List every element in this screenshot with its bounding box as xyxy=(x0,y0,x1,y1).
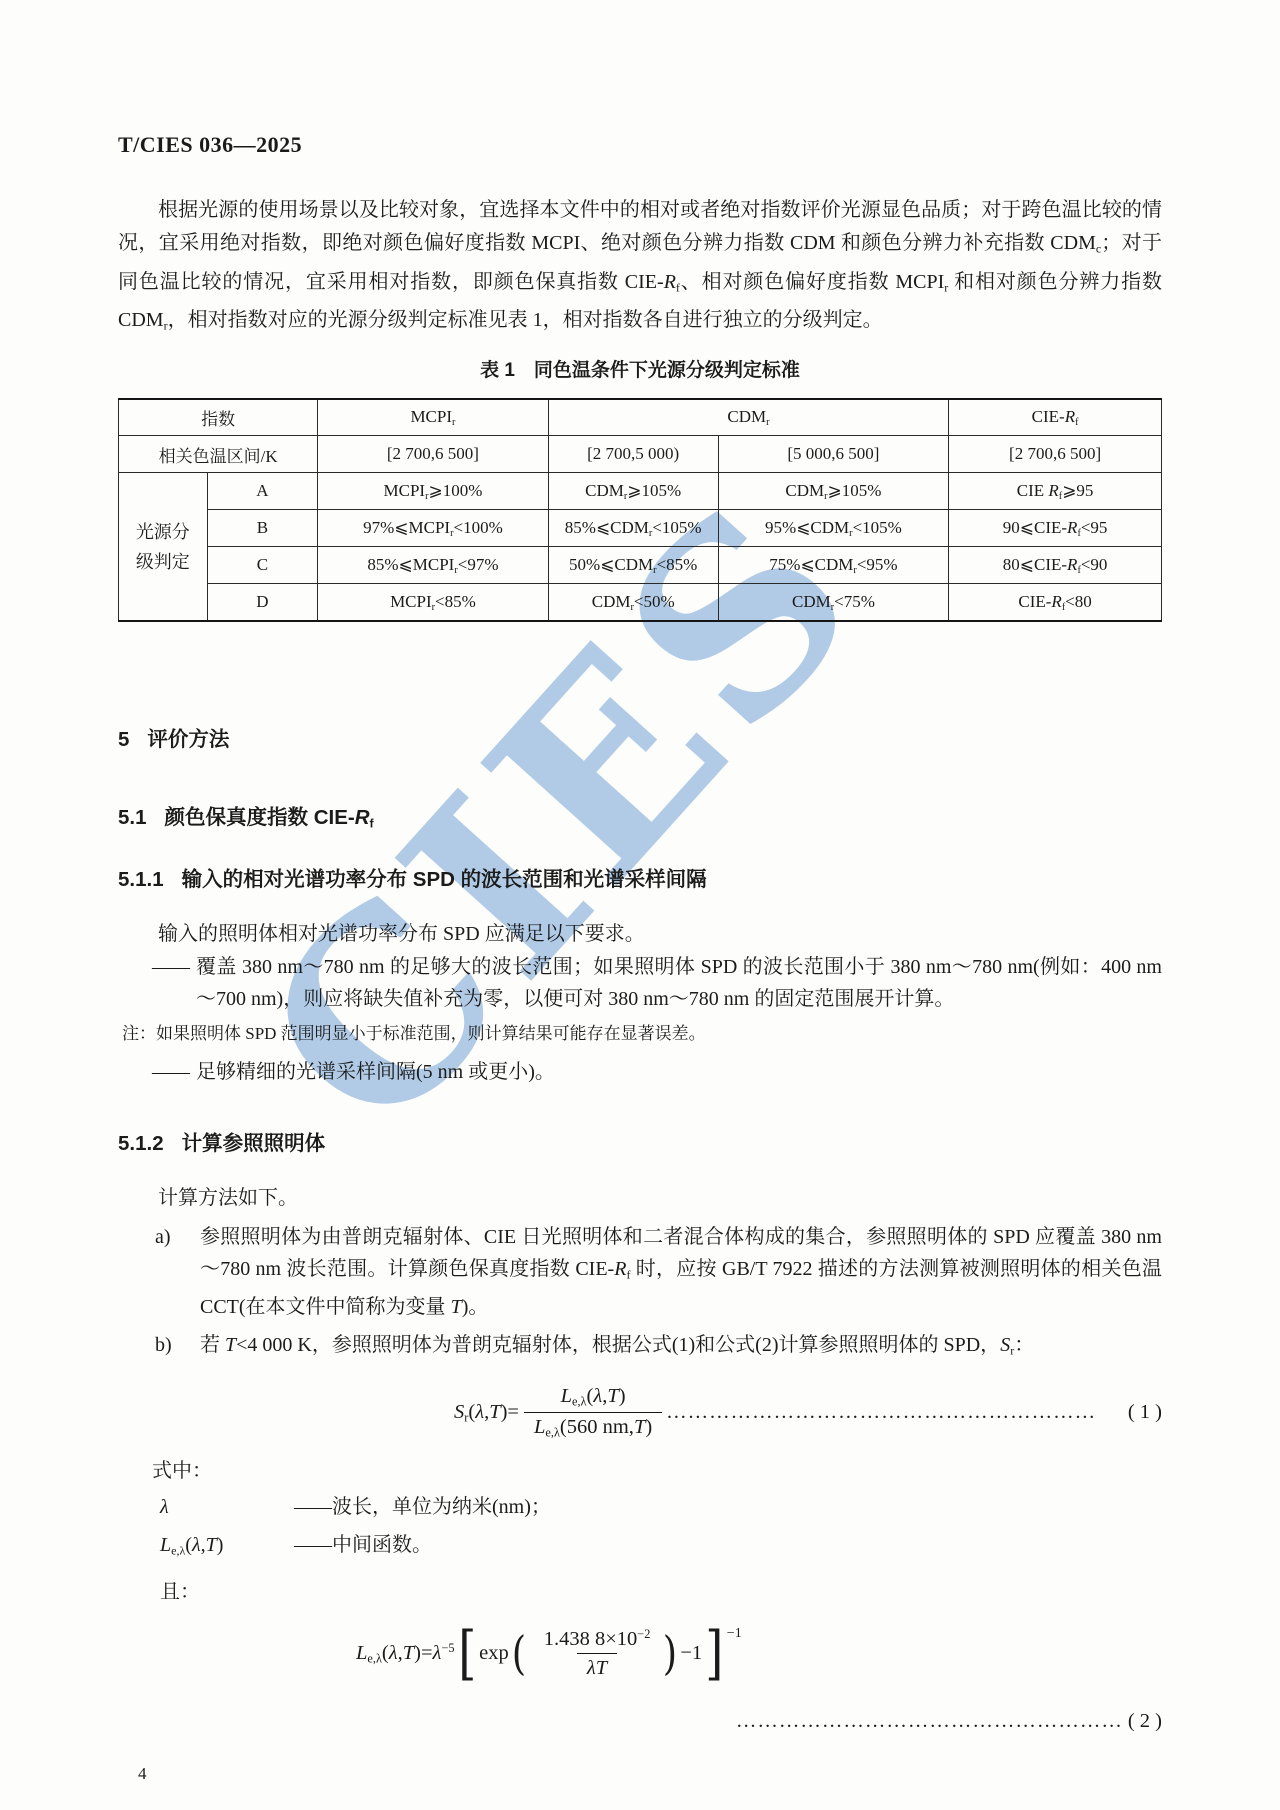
formula-2-number-line: …………………………………………………… ( 2 ) xyxy=(118,1710,1162,1733)
fraction: Le,λ(λ,T) Le,λ(560 nm,T) xyxy=(524,1385,662,1441)
standard-number-header: T/CIES 036—2025 xyxy=(118,132,1162,158)
list-item-b: b) 若 T<4 000 K，参照照明体为普朗克辐射体，根据公式(1)和公式(2… xyxy=(118,1329,1162,1367)
and-label: 且： xyxy=(118,1576,1162,1609)
section-number: 5.1.2 xyxy=(118,1132,164,1155)
page-number: 4 xyxy=(138,1764,147,1784)
cct-value: [2 700,6 500] xyxy=(318,436,549,473)
fraction-denominator: λT xyxy=(577,1653,617,1680)
minus-one-term: −1 xyxy=(680,1642,702,1665)
header-mcpi: MCPIr xyxy=(318,399,549,436)
grade-letter: C xyxy=(207,547,318,584)
section-number: 5.1.1 xyxy=(118,868,164,891)
header-index: 指数 xyxy=(119,399,318,436)
dash-bullet: —— xyxy=(152,1056,196,1088)
dot-leader: …………………………………………………… xyxy=(736,1710,1124,1733)
close-bracket: ] xyxy=(705,1627,723,1679)
list-item-a: a) 参照照明体为由普朗克辐射体、CIE 日光照明体和二者混合体构成的集合，参照… xyxy=(118,1221,1162,1323)
grade-cell: 75%⩽CDMr<95% xyxy=(718,547,949,584)
where-label: 式中： xyxy=(118,1455,1162,1488)
exp-operator: exp xyxy=(479,1642,509,1665)
calc-method-lead: 计算方法如下。 xyxy=(118,1182,1162,1215)
close-paren: ) xyxy=(663,1633,677,1674)
list-item-text: 覆盖 380 nm～780 nm 的足够大的波长范围；如果照明体 SPD 的波长… xyxy=(196,951,1162,1015)
intro-paragraph: 根据光源的使用场景以及比较对象，宜选择本文件中的相对或者绝对指数评价光源显色品质… xyxy=(118,194,1162,343)
definition-dash: —— xyxy=(294,1488,330,1526)
list-label: a) xyxy=(155,1221,200,1323)
section-5-1-2-heading: 5.1.2计算参照照明体 xyxy=(118,1126,1162,1156)
section-title: 输入的相对光谱功率分布 SPD 的波长范围和光谱采样间隔 xyxy=(182,868,707,891)
grading-label: 光源分级判定 xyxy=(119,473,208,621)
cct-value: [5 000,6 500] xyxy=(718,436,949,473)
fraction-numerator: 1.438 8×10−2 xyxy=(534,1627,661,1654)
open-bracket: [ xyxy=(458,1627,476,1679)
formula-1: Sr(λ,T)= Le,λ(λ,T) Le,λ(560 nm,T) ………………… xyxy=(118,1385,1162,1441)
table-row: B 97%⩽MCPIr<100% 85%⩽CDMr<105% 95%⩽CDMr<… xyxy=(119,510,1162,547)
section-title: 评价方法 xyxy=(147,728,229,751)
symbol: Le,λ(λ,T) xyxy=(160,1526,294,1570)
formula-1-expression: Sr(λ,T)= Le,λ(λ,T) Le,λ(560 nm,T) xyxy=(454,1385,662,1441)
symbol: λ xyxy=(160,1488,294,1526)
cct-value: [2 700,6 500] xyxy=(949,436,1162,473)
page-content: T/CIES 036—2025 根据光源的使用场景以及比较对象，宜选择本文件中的… xyxy=(118,132,1162,1733)
outer-exponent: −1 xyxy=(727,1627,742,1641)
symbol-description: 波长，单位为纳米(nm)； xyxy=(332,1488,1162,1526)
section-title: 计算参照照明体 xyxy=(182,1132,326,1155)
fraction: 1.438 8×10−2 λT xyxy=(534,1627,661,1681)
list-item: —— 足够精细的光谱采样间隔(5 nm 或更小)。 xyxy=(118,1056,1162,1088)
grade-cell: MCPIr<85% xyxy=(318,584,549,621)
list-item: —— 覆盖 380 nm～780 nm 的足够大的波长范围；如果照明体 SPD … xyxy=(118,951,1162,1015)
header-cie-rf: CIE-Rf xyxy=(949,399,1162,436)
formula-number: ( 2 ) xyxy=(1128,1710,1162,1733)
grade-letter: A xyxy=(207,473,318,510)
symbol-definition-row: λ —— 波长，单位为纳米(nm)； xyxy=(118,1488,1162,1526)
formula-2: Le,λ(λ,T)=λ−5 [ exp ( 1.438 8×10−2 λT ) … xyxy=(356,1627,1162,1681)
table-row: 光源分级判定 A MCPIr⩾100% CDMr⩾105% CDMr⩾105% … xyxy=(119,473,1162,510)
section-title: 颜色保真度指数 CIE-Rf xyxy=(165,806,374,829)
definition-dash: —— xyxy=(294,1526,330,1570)
dot-leader: …………………………………………………… xyxy=(666,1401,1124,1424)
open-paren: ( xyxy=(512,1633,526,1674)
section-number: 5.1 xyxy=(118,806,147,829)
grade-cell: 85%⩽CDMr<105% xyxy=(548,510,718,547)
grade-letter: B xyxy=(207,510,318,547)
section-5-1-1-heading: 5.1.1输入的相对光谱功率分布 SPD 的波长范围和光谱采样间隔 xyxy=(118,862,1162,892)
grade-cell: 50%⩽CDMr<85% xyxy=(548,547,718,584)
grade-cell: CIE-Rf<80 xyxy=(949,584,1162,621)
grade-cell: 80⩽CIE-Rf<90 xyxy=(949,547,1162,584)
fraction-numerator: Le,λ(λ,T) xyxy=(551,1385,636,1413)
list-item-text: 足够精细的光谱采样间隔(5 nm 或更小)。 xyxy=(196,1056,1162,1088)
header-cdm: CDMr xyxy=(548,399,949,436)
section-5-1-heading: 5.1颜色保真度指数 CIE-Rf xyxy=(118,800,1162,831)
list-item-text: 若 T<4 000 K，参照照明体为普朗克辐射体，根据公式(1)和公式(2)计算… xyxy=(200,1329,1162,1367)
formula-lhs: Sr(λ,T)= xyxy=(454,1401,519,1426)
table-row: C 85%⩽MCPIr<97% 50%⩽CDMr<85% 75%⩽CDMr<95… xyxy=(119,547,1162,584)
grade-cell: CIE Rf⩾95 xyxy=(949,473,1162,510)
table1-caption: 表 1 同色温条件下光源分级判定标准 xyxy=(118,355,1162,382)
grade-cell: CDMr⩾105% xyxy=(548,473,718,510)
grade-letter: D xyxy=(207,584,318,621)
section-number: 5 xyxy=(118,728,129,751)
list-item-text: 参照照明体为由普朗克辐射体、CIE 日光照明体和二者混合体构成的集合，参照照明体… xyxy=(200,1221,1162,1323)
grade-cell: CDMr<75% xyxy=(718,584,949,621)
symbol-definition-row: Le,λ(λ,T) —— 中间函数。 xyxy=(118,1526,1162,1570)
table-row: 相关色温区间/K [2 700,6 500] [2 700,5 000) [5 … xyxy=(119,436,1162,473)
note-text: 注：如果照明体 SPD 范围明显小于标准范围，则计算结果可能存在显著误差。 xyxy=(118,1020,1162,1048)
document-page: CIES T/CIES 036—2025 根据光源的使用场景以及比较对象，宜选择… xyxy=(0,0,1280,1810)
cct-value: [2 700,5 000) xyxy=(548,436,718,473)
dash-bullet: —— xyxy=(152,951,196,1015)
grade-cell: 97%⩽MCPIr<100% xyxy=(318,510,549,547)
grade-cell: 85%⩽MCPIr<97% xyxy=(318,547,549,584)
formula-number: ( 1 ) xyxy=(1128,1401,1162,1424)
table1-grading-criteria: 指数 MCPIr CDMr CIE-Rf 相关色温区间/K [2 700,6 5… xyxy=(118,398,1162,622)
formula-lhs: Le,λ(λ,T)=λ−5 xyxy=(356,1641,455,1666)
section-5-heading: 5评价方法 xyxy=(118,722,1162,752)
grade-cell: MCPIr⩾100% xyxy=(318,473,549,510)
grade-cell: CDMr<50% xyxy=(548,584,718,621)
list-label: b) xyxy=(155,1329,200,1367)
symbol-description: 中间函数。 xyxy=(332,1526,1162,1570)
table-row: D MCPIr<85% CDMr<50% CDMr<75% CIE-Rf<80 xyxy=(119,584,1162,621)
fraction-denominator: Le,λ(560 nm,T) xyxy=(524,1412,662,1441)
grade-cell: 95%⩽CDMr<105% xyxy=(718,510,949,547)
spd-requirements-lead: 输入的照明体相对光谱功率分布 SPD 应满足以下要求。 xyxy=(118,918,1162,951)
table-row: 指数 MCPIr CDMr CIE-Rf xyxy=(119,399,1162,436)
grade-cell: 90⩽CIE-Rf<95 xyxy=(949,510,1162,547)
grade-cell: CDMr⩾105% xyxy=(718,473,949,510)
cct-label: 相关色温区间/K xyxy=(119,436,318,473)
